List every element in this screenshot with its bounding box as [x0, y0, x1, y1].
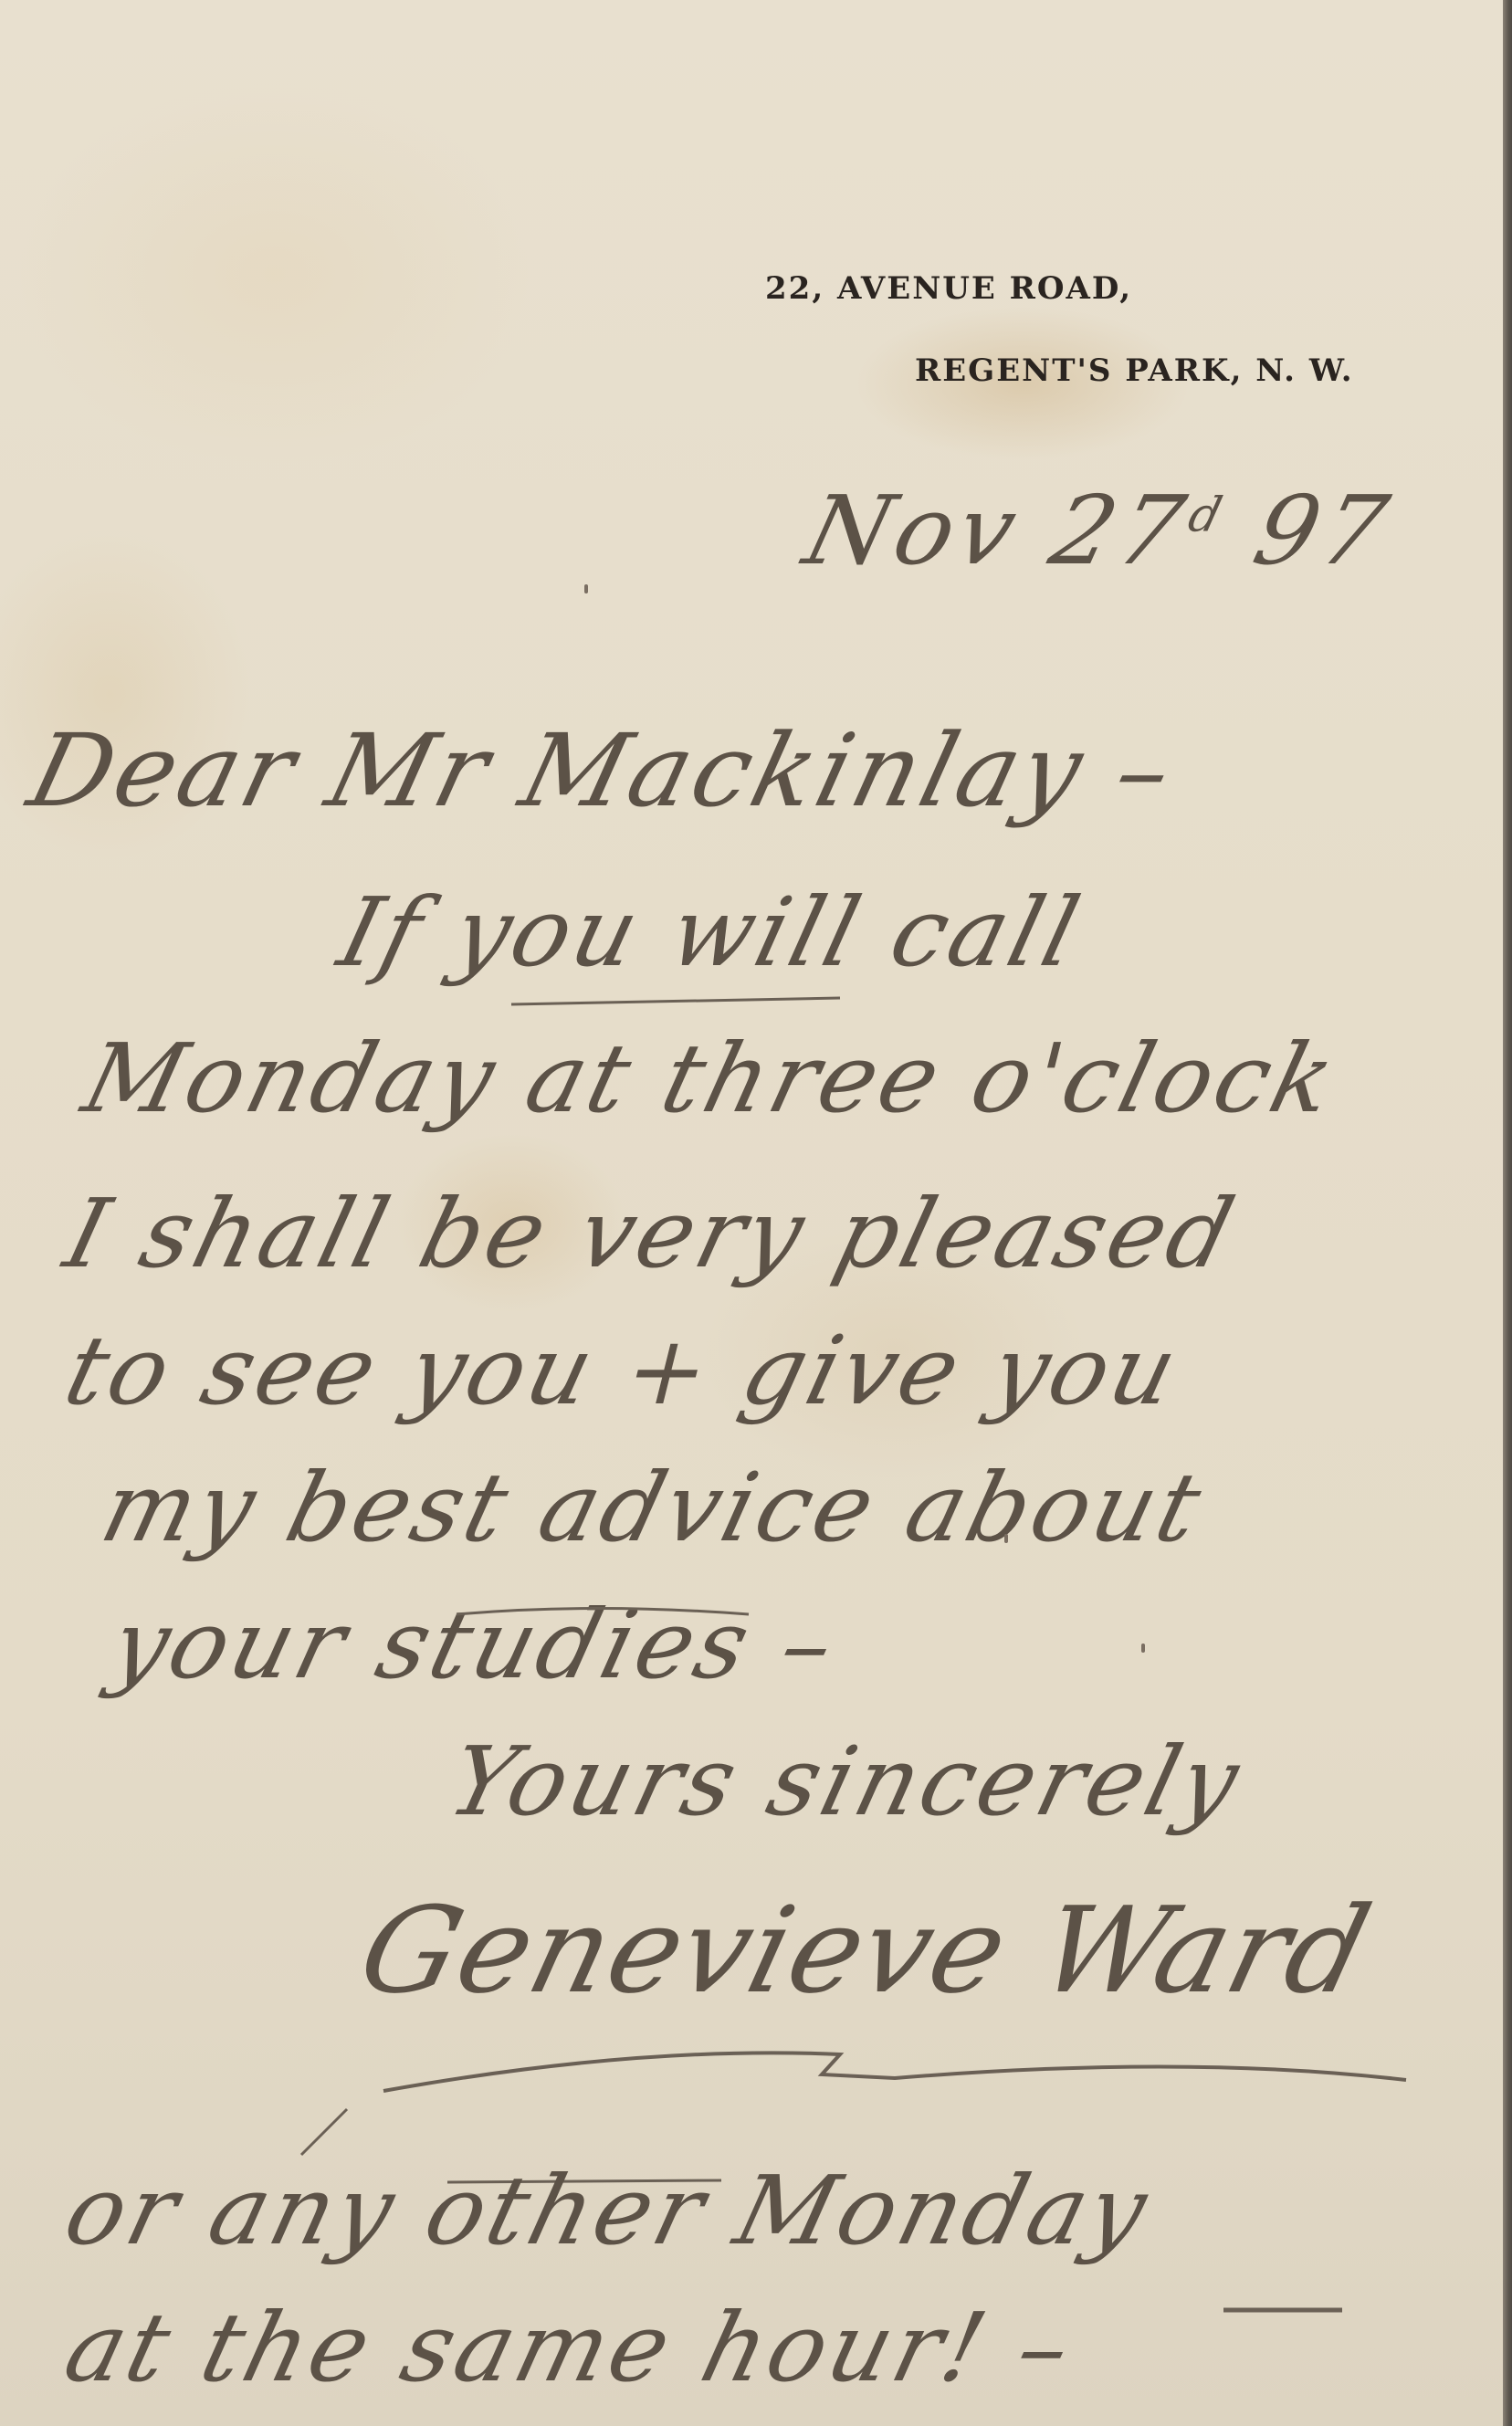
pen-strokes-overlay [0, 0, 1512, 2426]
strike-line-studies [457, 1609, 749, 1615]
signature-tail [301, 2109, 347, 2155]
ink-speck [1004, 1534, 1008, 1543]
signature-flourish [383, 2053, 1406, 2091]
letter-paper: 22, AVENUE ROAD, REGENT'S PARK, N. W. No… [0, 0, 1503, 2426]
ink-speck [1141, 1644, 1145, 1653]
postscript-line: at the same hour! – [55, 2292, 1085, 2403]
signature: Genevieve Ward [347, 1881, 1384, 2020]
paper-right-edge [1503, 0, 1512, 2426]
ink-speck [584, 584, 588, 593]
closing: Yours sincerely [438, 1726, 1253, 1837]
postscript-line: or any other Monday [55, 2155, 1161, 2266]
strike-line-three [511, 998, 840, 1004]
